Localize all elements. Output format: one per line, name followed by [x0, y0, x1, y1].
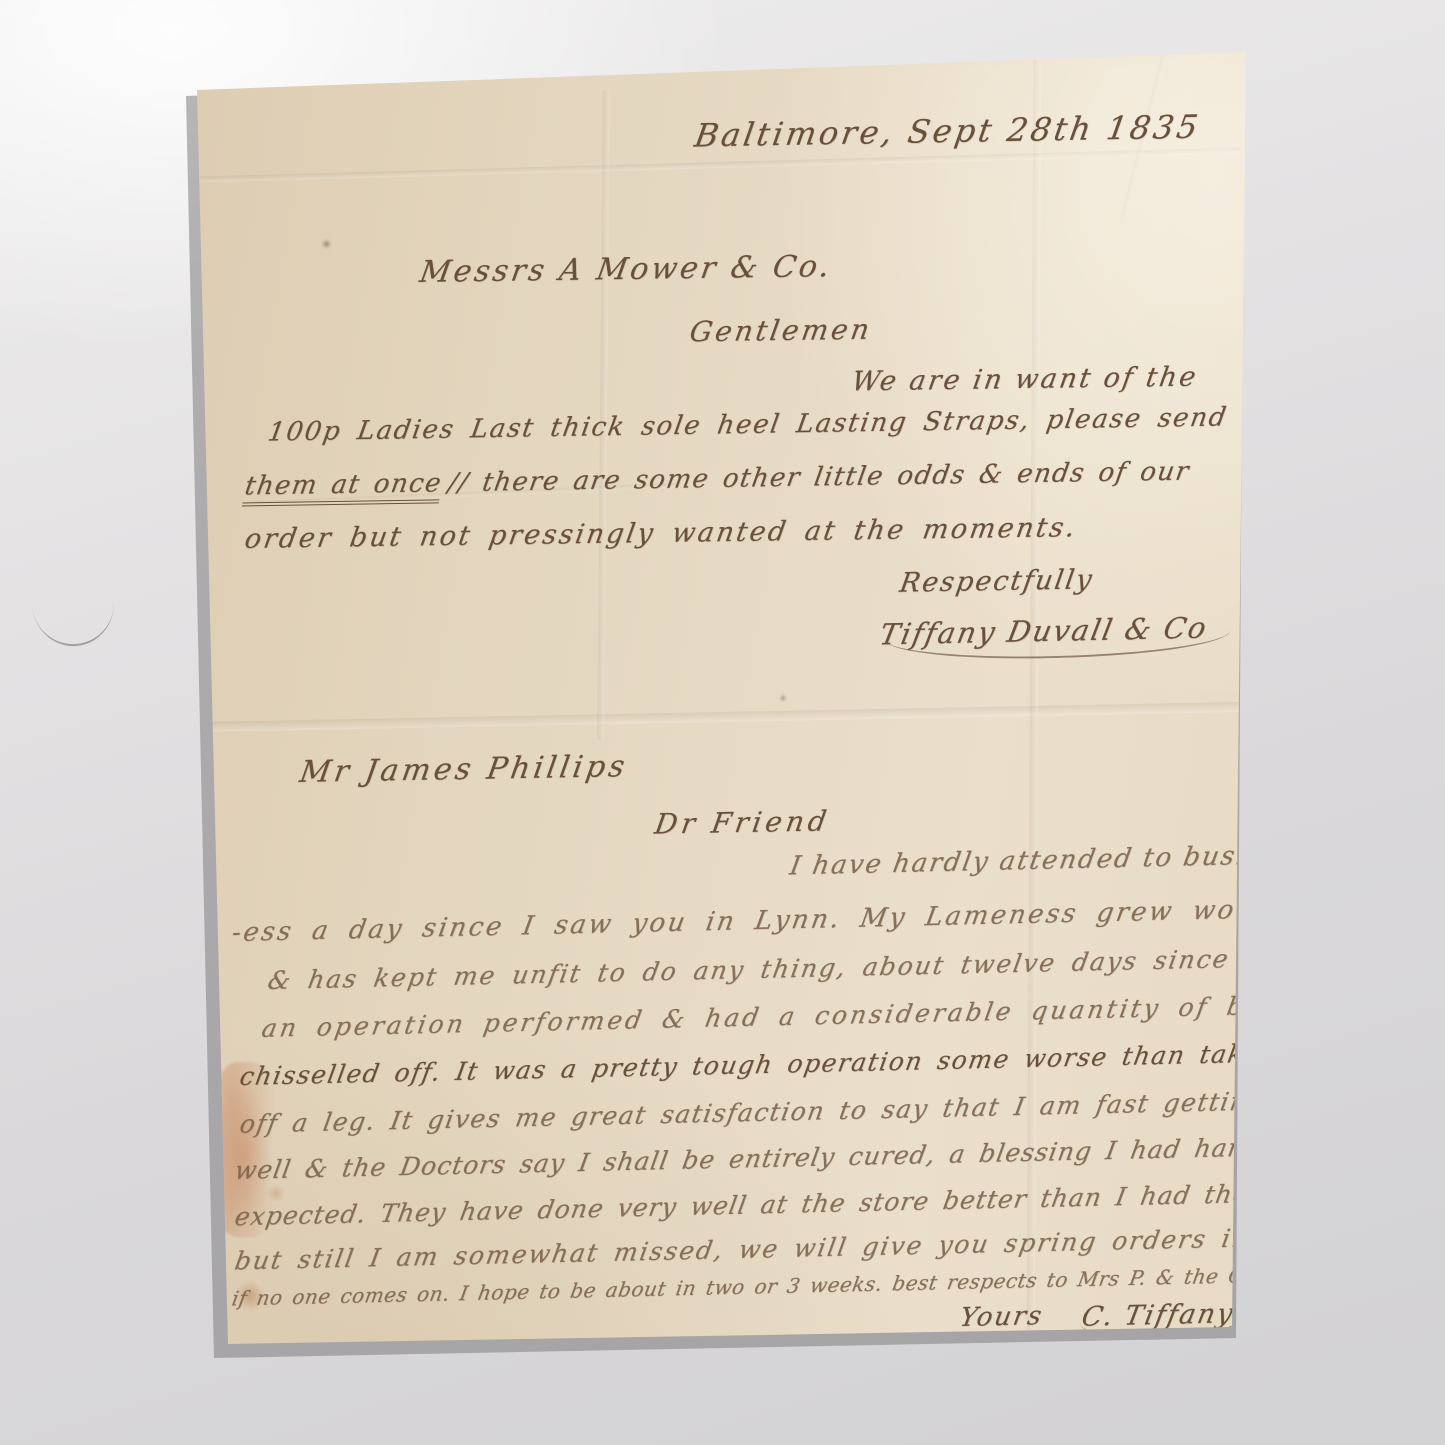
body1-line4: order but not pressingly wanted at the m…: [243, 512, 1080, 555]
emphasized-phrase: them at once: [242, 468, 444, 506]
closing-1: Respectfully: [898, 564, 1096, 598]
closing-2: Yours: [957, 1301, 1045, 1333]
body2-line: well & the Doctors say I shall be entire…: [233, 1132, 1285, 1185]
stray-fiber: [32, 594, 119, 650]
body2-line: & has kept me unfit to do any thing, abo…: [266, 942, 1329, 995]
body1-line3-rest: // there are some other little odds & en…: [446, 457, 1192, 499]
salutation-2: Dr Friend: [652, 804, 832, 840]
signature-1: Tiffany Duvall & Co: [877, 610, 1211, 651]
body1-line3: them at once // there are some other lit…: [243, 457, 1192, 502]
foxing-stain-small: [266, 1186, 286, 1201]
body2-line: chisselled off. It was a pretty tough op…: [238, 1038, 1292, 1091]
salutation-1: Gentlemen: [687, 313, 874, 349]
body2-line: off a leg. It gives me great satisfactio…: [238, 1086, 1268, 1138]
body2-line: an operation performed & had a considera…: [260, 990, 1304, 1043]
recipient-line-2: Mr James Phillips: [297, 749, 630, 790]
body1-line1: We are in want of the: [850, 362, 1201, 398]
ink-speck-top: [322, 240, 331, 248]
fold-crease-middle: [200, 702, 1240, 732]
body2-line: -ess a day since I saw you in Lynn. My L…: [230, 894, 1288, 948]
ink-speck-middle: [780, 694, 786, 702]
body2-line: expected. They have done very well at th…: [233, 1178, 1314, 1232]
body1-line2: 100p Ladies Last thick sole heel Lasting…: [266, 402, 1230, 447]
dateline: Baltimore, Sept 28th 1835: [692, 108, 1203, 155]
photo-backdrop: Baltimore, Sept 28th 1835 Messrs A Mower…: [0, 0, 1445, 1445]
body2-line: I have hardly attended to busin: [787, 841, 1267, 882]
recipient-line-1: Messrs A Mower & Co.: [417, 249, 835, 290]
